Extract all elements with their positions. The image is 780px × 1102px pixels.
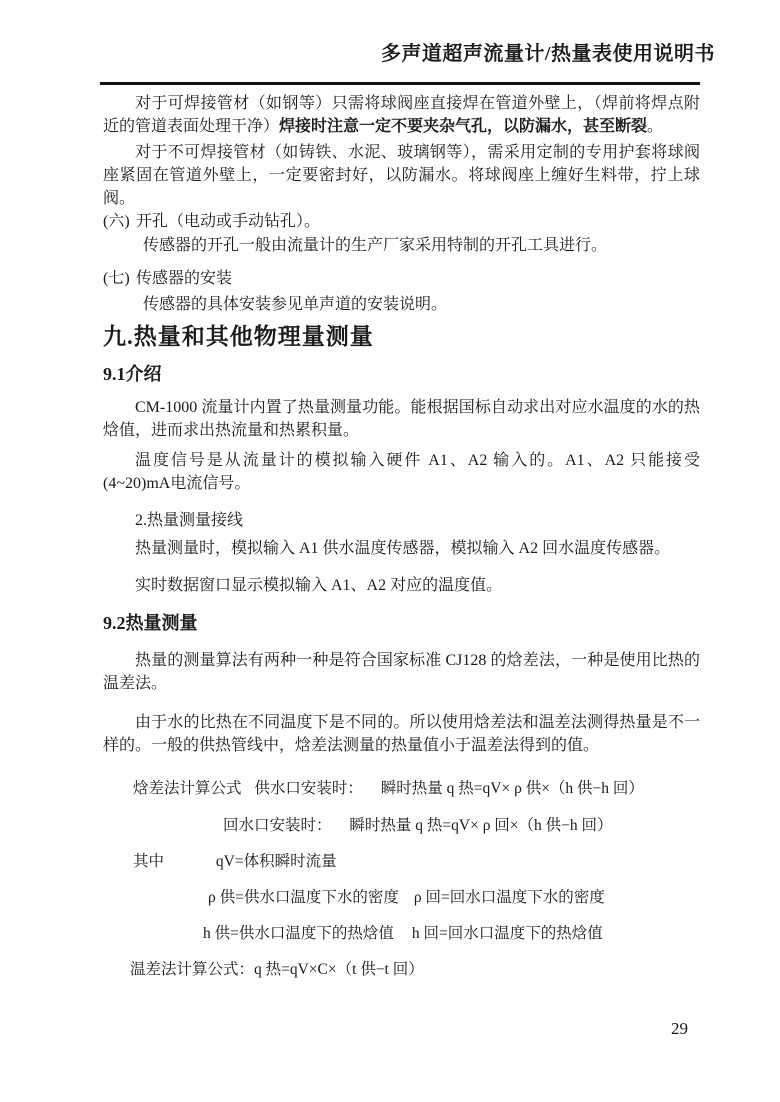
chapter-heading: 九.热量和其他物理量测量 [103,322,700,352]
formula-tempdiff-expression: 温差法计算公式：q 热=qV×C×（t 供−t 回） [103,958,424,981]
header-divider [100,82,700,85]
formula-enthalpy-definitions: h 供=供水口温度下的热焓值 h 回=回水口温度下的热焓值 [103,922,700,945]
paragraph-nonweldable-pipe: 对于不可焊接管材（如铸铁、水泥、玻璃钢等），需采用定制的专用护套将球阀座紧固在管… [103,141,700,210]
paragraph-weldable-pipe: 对于可焊接管材（如钢等）只需将球阀座直接焊在管道外壁上，（焊前将焊点附近的管道表… [103,92,700,138]
paragraph-intro-cm1000: CM-1000 流量计内置了热量测量功能。能根据国标自动求出对应水温度的水的热焓… [103,396,700,442]
list-item-drilling-text: 开孔（电动或手动钻孔）。 [136,210,320,233]
formula-enthalpy-return: 回水口安装时： 瞬时热量 q 热=qV× ρ 回×（h 供−h 回） [103,814,700,837]
line-realtime-window: 实时数据窗口显示模拟输入 A1、A2 对应的温度值。 [103,574,700,597]
formula-where-label: 其中 [103,850,164,873]
formula-rho-supply-definition: ρ 供=供水口温度下水的密度 [103,886,410,909]
list-item-drilling: (六) 开孔（电动或手动钻孔）。 [103,210,700,233]
paragraph-algorithms: 热量的测量算法有两种一种是符合国家标准 CJ128 的焓差法，一种是使用比热的温… [103,649,700,695]
list-item-drilling-desc: 传感器的开孔一般由流量计的生产厂家采用特制的开孔工具进行。 [103,234,700,257]
formula-return-expression: 瞬时热量 q 热=qV× ρ 回×（h 供−h 回） [349,814,612,837]
list-item-sensor-install-desc: 传感器的具体安装参见单声道的安装说明。 [103,293,700,316]
formula-enthalpy-supply: 焓差法计算公式 供水口安装时： 瞬时热量 q 热=qV× ρ 供×（h 供−h … [103,777,700,800]
welding-warning-bold: 焊接时注意一定不要夹杂气孔，以防漏水，甚至断裂 [279,118,647,135]
formula-qv-definition: qV=体积瞬时流量 [216,850,337,873]
formula-supply-expression: 瞬时热量 q 热=qV× ρ 供×（h 供−h 回） [381,777,644,800]
formula-density-definitions: ρ 供=供水口温度下水的密度 ρ 回=回水口温度下水的密度 [103,886,700,909]
line-heat-wiring-detail: 热量测量时，模拟输入 A1 供水温度传感器，模拟输入 A2 回水温度传感器。 [103,537,700,560]
paragraph-weldable-pipe-tail: 。 [647,118,663,135]
formula-tempdiff: 温差法计算公式：q 热=qV×C×（t 供−t 回） [103,958,700,981]
list-item-sensor-install-label: (七) [103,267,136,290]
formula-h-supply-definition: h 供=供水口温度下的热焓值 [103,922,408,945]
page-number: 29 [671,1018,688,1040]
formula-h-return-definition: h 回=回水口温度下的热焓值 [412,922,603,945]
formula-return-label: 回水口安装时： [103,814,332,837]
formula-rho-return-definition: ρ 回=回水口温度下水的密度 [414,886,605,909]
formula-where-row: 其中 qV=体积瞬时流量 [103,850,700,873]
paragraph-specific-heat: 由于水的比热在不同温度下是不同的。所以使用焓差法和温差法测得热量是不一样的。一般… [103,711,700,757]
section-9-2-heading: 9.2热量测量 [103,611,700,635]
list-item-drilling-label: (六) [103,210,136,233]
section-9-1-heading: 9.1介绍 [103,362,700,386]
formula-supply-label: 供水口安装时： [254,777,363,800]
document-header-title: 多声道超声流量计/热量表使用说明书 [103,42,715,66]
list-item-sensor-install: (七) 传感器的安装 [103,267,700,290]
paragraph-temperature-signal: 温度信号是从流量计的模拟输入硬件 A1、A2 输入的。A1、A2 只能接受(4~… [103,449,700,495]
manual-page: 多声道超声流量计/热量表使用说明书 对于可焊接管材（如钢等）只需将球阀座直接焊在… [0,0,780,1102]
list-item-sensor-install-text: 传感器的安装 [136,267,232,290]
line-heat-wiring-title: 2.热量测量接线 [103,509,700,532]
formula-enthalpy-method-name: 焓差法计算公式 [103,777,242,800]
